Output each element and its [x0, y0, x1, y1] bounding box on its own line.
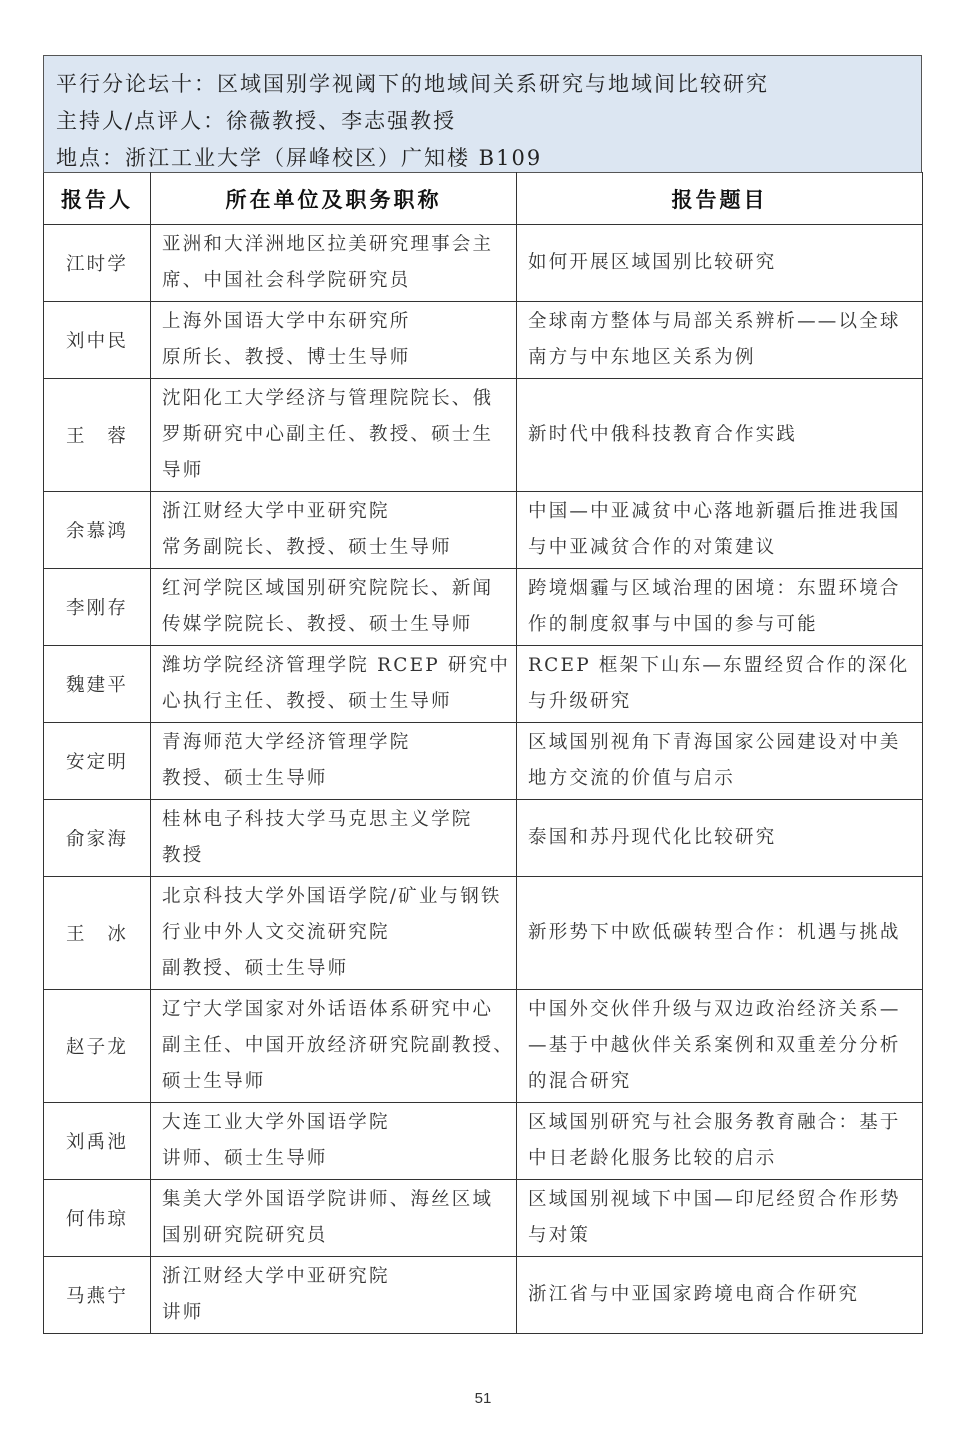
affiliation-line: 桂林电子科技大学马克思主义学院: [162, 802, 506, 838]
topic-line: 新时代中俄科技教育合作实践: [528, 417, 912, 453]
affiliation-line: 辽宁大学国家对外话语体系研究中心: [162, 992, 506, 1028]
topic-line: 与对策: [528, 1218, 912, 1254]
topic-line: 南方与中东地区关系为例: [528, 340, 912, 376]
speaker-name: 何伟琼: [44, 1180, 151, 1257]
affiliation-line: 潍坊学院经济管理学院 RCEP 研究中: [162, 648, 506, 684]
affiliation-line: 传媒学院院长、教授、硕士生导师: [162, 607, 506, 643]
speaker-name: 刘中民: [44, 302, 151, 379]
affiliation-line: 副教授、硕士生导师: [162, 951, 506, 987]
table-row: 王 蓉沈阳化工大学经济与管理院院长、俄罗斯研究中心副主任、教授、硕士生导师新时代…: [44, 379, 923, 492]
report-topic: 全球南方整体与局部关系辨析——以全球南方与中东地区关系为例: [517, 302, 923, 379]
report-topic: 中国外交伙伴升级与双边政治经济关系——基于中越伙伴关系案例和双重差分分析的混合研…: [517, 990, 923, 1103]
speaker-affiliation: 浙江财经大学中亚研究院讲师: [151, 1257, 517, 1334]
speaker-name: 魏建平: [44, 646, 151, 723]
speaker-affiliation: 红河学院区域国别研究院院长、新闻传媒学院院长、教授、硕士生导师: [151, 569, 517, 646]
report-topic: 跨境烟霾与区域治理的困境：东盟环境合作的制度叙事与中国的参与可能: [517, 569, 923, 646]
topic-line: 如何开展区域国别比较研究: [528, 245, 912, 281]
header-speaker: 报告人: [44, 173, 151, 225]
report-topic: 区域国别视角下青海国家公园建设对中美地方交流的价值与启示: [517, 723, 923, 800]
affiliation-line: 席、中国社会科学院研究员: [162, 263, 506, 299]
speaker-name: 安定明: [44, 723, 151, 800]
report-topic: 泰国和苏丹现代化比较研究: [517, 800, 923, 877]
report-topic: 如何开展区域国别比较研究: [517, 225, 923, 302]
forum-schedule-page: 平行分论坛十：区域国别学视阈下的地域间关系研究与地域间比较研究 主持人/点评人：…: [43, 55, 922, 1334]
speaker-name: 俞家海: [44, 800, 151, 877]
topic-line: 泰国和苏丹现代化比较研究: [528, 820, 912, 856]
table-header-row: 报告人 所在单位及职务职称 报告题目: [44, 173, 923, 225]
affiliation-line: 国别研究院研究员: [162, 1218, 506, 1254]
report-topic: 新形势下中欧低碳转型合作：机遇与挑战: [517, 877, 923, 990]
speaker-affiliation: 辽宁大学国家对外话语体系研究中心副主任、中国开放经济研究院副教授、硕士生导师: [151, 990, 517, 1103]
speaker-affiliation: 沈阳化工大学经济与管理院院长、俄罗斯研究中心副主任、教授、硕士生导师: [151, 379, 517, 492]
speaker-name: 王 蓉: [44, 379, 151, 492]
topic-line: 新形势下中欧低碳转型合作：机遇与挑战: [528, 915, 912, 951]
speaker-name: 王 冰: [44, 877, 151, 990]
forum-title: 平行分论坛十：区域国别学视阈下的地域间关系研究与地域间比较研究: [56, 66, 909, 103]
affiliation-line: 硕士生导师: [162, 1064, 506, 1100]
table-row: 刘禹池大连工业大学外国语学院讲师、硕士生导师区域国别研究与社会服务教育融合：基于…: [44, 1103, 923, 1180]
topic-line: 中国—中亚减贫中心落地新疆后推进我国: [528, 494, 912, 530]
affiliation-line: 大连工业大学外国语学院: [162, 1105, 506, 1141]
table-row: 魏建平潍坊学院经济管理学院 RCEP 研究中心执行主任、教授、硕士生导师RCEP…: [44, 646, 923, 723]
affiliation-line: 教授、硕士生导师: [162, 761, 506, 797]
table-row: 江时学亚洲和大洋洲地区拉美研究理事会主席、中国社会科学院研究员如何开展区域国别比…: [44, 225, 923, 302]
speaker-name: 余慕鸿: [44, 492, 151, 569]
affiliation-line: 亚洲和大洋洲地区拉美研究理事会主: [162, 227, 506, 263]
report-topic: 新时代中俄科技教育合作实践: [517, 379, 923, 492]
topic-line: 的混合研究: [528, 1064, 912, 1100]
affiliation-line: 集美大学外国语学院讲师、海丝区域: [162, 1182, 506, 1218]
speaker-affiliation: 北京科技大学外国语学院/矿业与钢铁行业中外人文交流研究院副教授、硕士生导师: [151, 877, 517, 990]
table-row: 赵子龙辽宁大学国家对外话语体系研究中心副主任、中国开放经济研究院副教授、硕士生导…: [44, 990, 923, 1103]
topic-line: 地方交流的价值与启示: [528, 761, 912, 797]
speaker-name: 李刚存: [44, 569, 151, 646]
table-row: 李刚存红河学院区域国别研究院院长、新闻传媒学院院长、教授、硕士生导师跨境烟霾与区…: [44, 569, 923, 646]
speaker-affiliation: 桂林电子科技大学马克思主义学院教授: [151, 800, 517, 877]
affiliation-line: 讲师、硕士生导师: [162, 1141, 506, 1177]
affiliation-line: 副主任、中国开放经济研究院副教授、: [162, 1028, 506, 1064]
speaker-affiliation: 潍坊学院经济管理学院 RCEP 研究中心执行主任、教授、硕士生导师: [151, 646, 517, 723]
table-row: 俞家海桂林电子科技大学马克思主义学院教授泰国和苏丹现代化比较研究: [44, 800, 923, 877]
page-number: 51: [0, 1390, 966, 1407]
topic-line: 作的制度叙事与中国的参与可能: [528, 607, 912, 643]
topic-line: 区域国别视角下青海国家公园建设对中美: [528, 725, 912, 761]
topic-line: 区域国别视域下中国—印尼经贸合作形势: [528, 1182, 912, 1218]
table-row: 安定明青海师范大学经济管理学院教授、硕士生导师区域国别视角下青海国家公园建设对中…: [44, 723, 923, 800]
affiliation-line: 常务副院长、教授、硕士生导师: [162, 530, 506, 566]
report-topic: RCEP 框架下山东—东盟经贸合作的深化与升级研究: [517, 646, 923, 723]
speaker-affiliation: 亚洲和大洋洲地区拉美研究理事会主席、中国社会科学院研究员: [151, 225, 517, 302]
topic-line: —基于中越伙伴关系案例和双重差分分析: [528, 1028, 912, 1064]
affiliation-line: 沈阳化工大学经济与管理院院长、俄: [162, 381, 506, 417]
topic-line: 区域国别研究与社会服务教育融合：基于: [528, 1105, 912, 1141]
speaker-affiliation: 大连工业大学外国语学院讲师、硕士生导师: [151, 1103, 517, 1180]
topic-line: RCEP 框架下山东—东盟经贸合作的深化: [528, 648, 912, 684]
table-row: 马燕宁浙江财经大学中亚研究院讲师浙江省与中亚国家跨境电商合作研究: [44, 1257, 923, 1334]
speaker-affiliation: 集美大学外国语学院讲师、海丝区域国别研究院研究员: [151, 1180, 517, 1257]
topic-line: 浙江省与中亚国家跨境电商合作研究: [528, 1277, 912, 1313]
affiliation-line: 讲师: [162, 1295, 506, 1331]
topic-line: 中国外交伙伴升级与双边政治经济关系—: [528, 992, 912, 1028]
speaker-schedule-table: 报告人 所在单位及职务职称 报告题目 江时学亚洲和大洋洲地区拉美研究理事会主席、…: [43, 172, 923, 1334]
topic-line: 跨境烟霾与区域治理的困境：东盟环境合: [528, 571, 912, 607]
report-topic: 区域国别研究与社会服务教育融合：基于中日老龄化服务比较的启示: [517, 1103, 923, 1180]
table-row: 刘中民上海外国语大学中东研究所原所长、教授、博士生导师全球南方整体与局部关系辨析…: [44, 302, 923, 379]
speaker-name: 赵子龙: [44, 990, 151, 1103]
table-body: 江时学亚洲和大洋洲地区拉美研究理事会主席、中国社会科学院研究员如何开展区域国别比…: [44, 225, 923, 1334]
affiliation-line: 北京科技大学外国语学院/矿业与钢铁: [162, 879, 506, 915]
table-row: 何伟琼集美大学外国语学院讲师、海丝区域国别研究院研究员区域国别视域下中国—印尼经…: [44, 1180, 923, 1257]
forum-hosts: 主持人/点评人：徐薇教授、李志强教授: [56, 103, 909, 140]
affiliation-line: 教授: [162, 838, 506, 874]
report-topic: 区域国别视域下中国—印尼经贸合作形势与对策: [517, 1180, 923, 1257]
affiliation-line: 浙江财经大学中亚研究院: [162, 494, 506, 530]
affiliation-line: 导师: [162, 453, 506, 489]
topic-line: 中日老龄化服务比较的启示: [528, 1141, 912, 1177]
affiliation-line: 上海外国语大学中东研究所: [162, 304, 506, 340]
speaker-name: 江时学: [44, 225, 151, 302]
header-topic: 报告题目: [517, 173, 923, 225]
speaker-affiliation: 上海外国语大学中东研究所原所长、教授、博士生导师: [151, 302, 517, 379]
affiliation-line: 原所长、教授、博士生导师: [162, 340, 506, 376]
topic-line: 与升级研究: [528, 684, 912, 720]
report-topic: 中国—中亚减贫中心落地新疆后推进我国与中亚减贫合作的对策建议: [517, 492, 923, 569]
affiliation-line: 行业中外人文交流研究院: [162, 915, 506, 951]
table-row: 余慕鸿浙江财经大学中亚研究院常务副院长、教授、硕士生导师中国—中亚减贫中心落地新…: [44, 492, 923, 569]
report-topic: 浙江省与中亚国家跨境电商合作研究: [517, 1257, 923, 1334]
topic-line: 全球南方整体与局部关系辨析——以全球: [528, 304, 912, 340]
table-row: 王 冰北京科技大学外国语学院/矿业与钢铁行业中外人文交流研究院副教授、硕士生导师…: [44, 877, 923, 990]
affiliation-line: 罗斯研究中心副主任、教授、硕士生: [162, 417, 506, 453]
affiliation-line: 心执行主任、教授、硕士生导师: [162, 684, 506, 720]
affiliation-line: 青海师范大学经济管理学院: [162, 725, 506, 761]
header-affiliation: 所在单位及职务职称: [151, 173, 517, 225]
speaker-affiliation: 浙江财经大学中亚研究院常务副院长、教授、硕士生导师: [151, 492, 517, 569]
speaker-name: 刘禹池: [44, 1103, 151, 1180]
speaker-affiliation: 青海师范大学经济管理学院教授、硕士生导师: [151, 723, 517, 800]
affiliation-line: 红河学院区域国别研究院院长、新闻: [162, 571, 506, 607]
topic-line: 与中亚减贫合作的对策建议: [528, 530, 912, 566]
speaker-name: 马燕宁: [44, 1257, 151, 1334]
forum-info-block: 平行分论坛十：区域国别学视阈下的地域间关系研究与地域间比较研究 主持人/点评人：…: [43, 55, 922, 172]
affiliation-line: 浙江财经大学中亚研究院: [162, 1259, 506, 1295]
